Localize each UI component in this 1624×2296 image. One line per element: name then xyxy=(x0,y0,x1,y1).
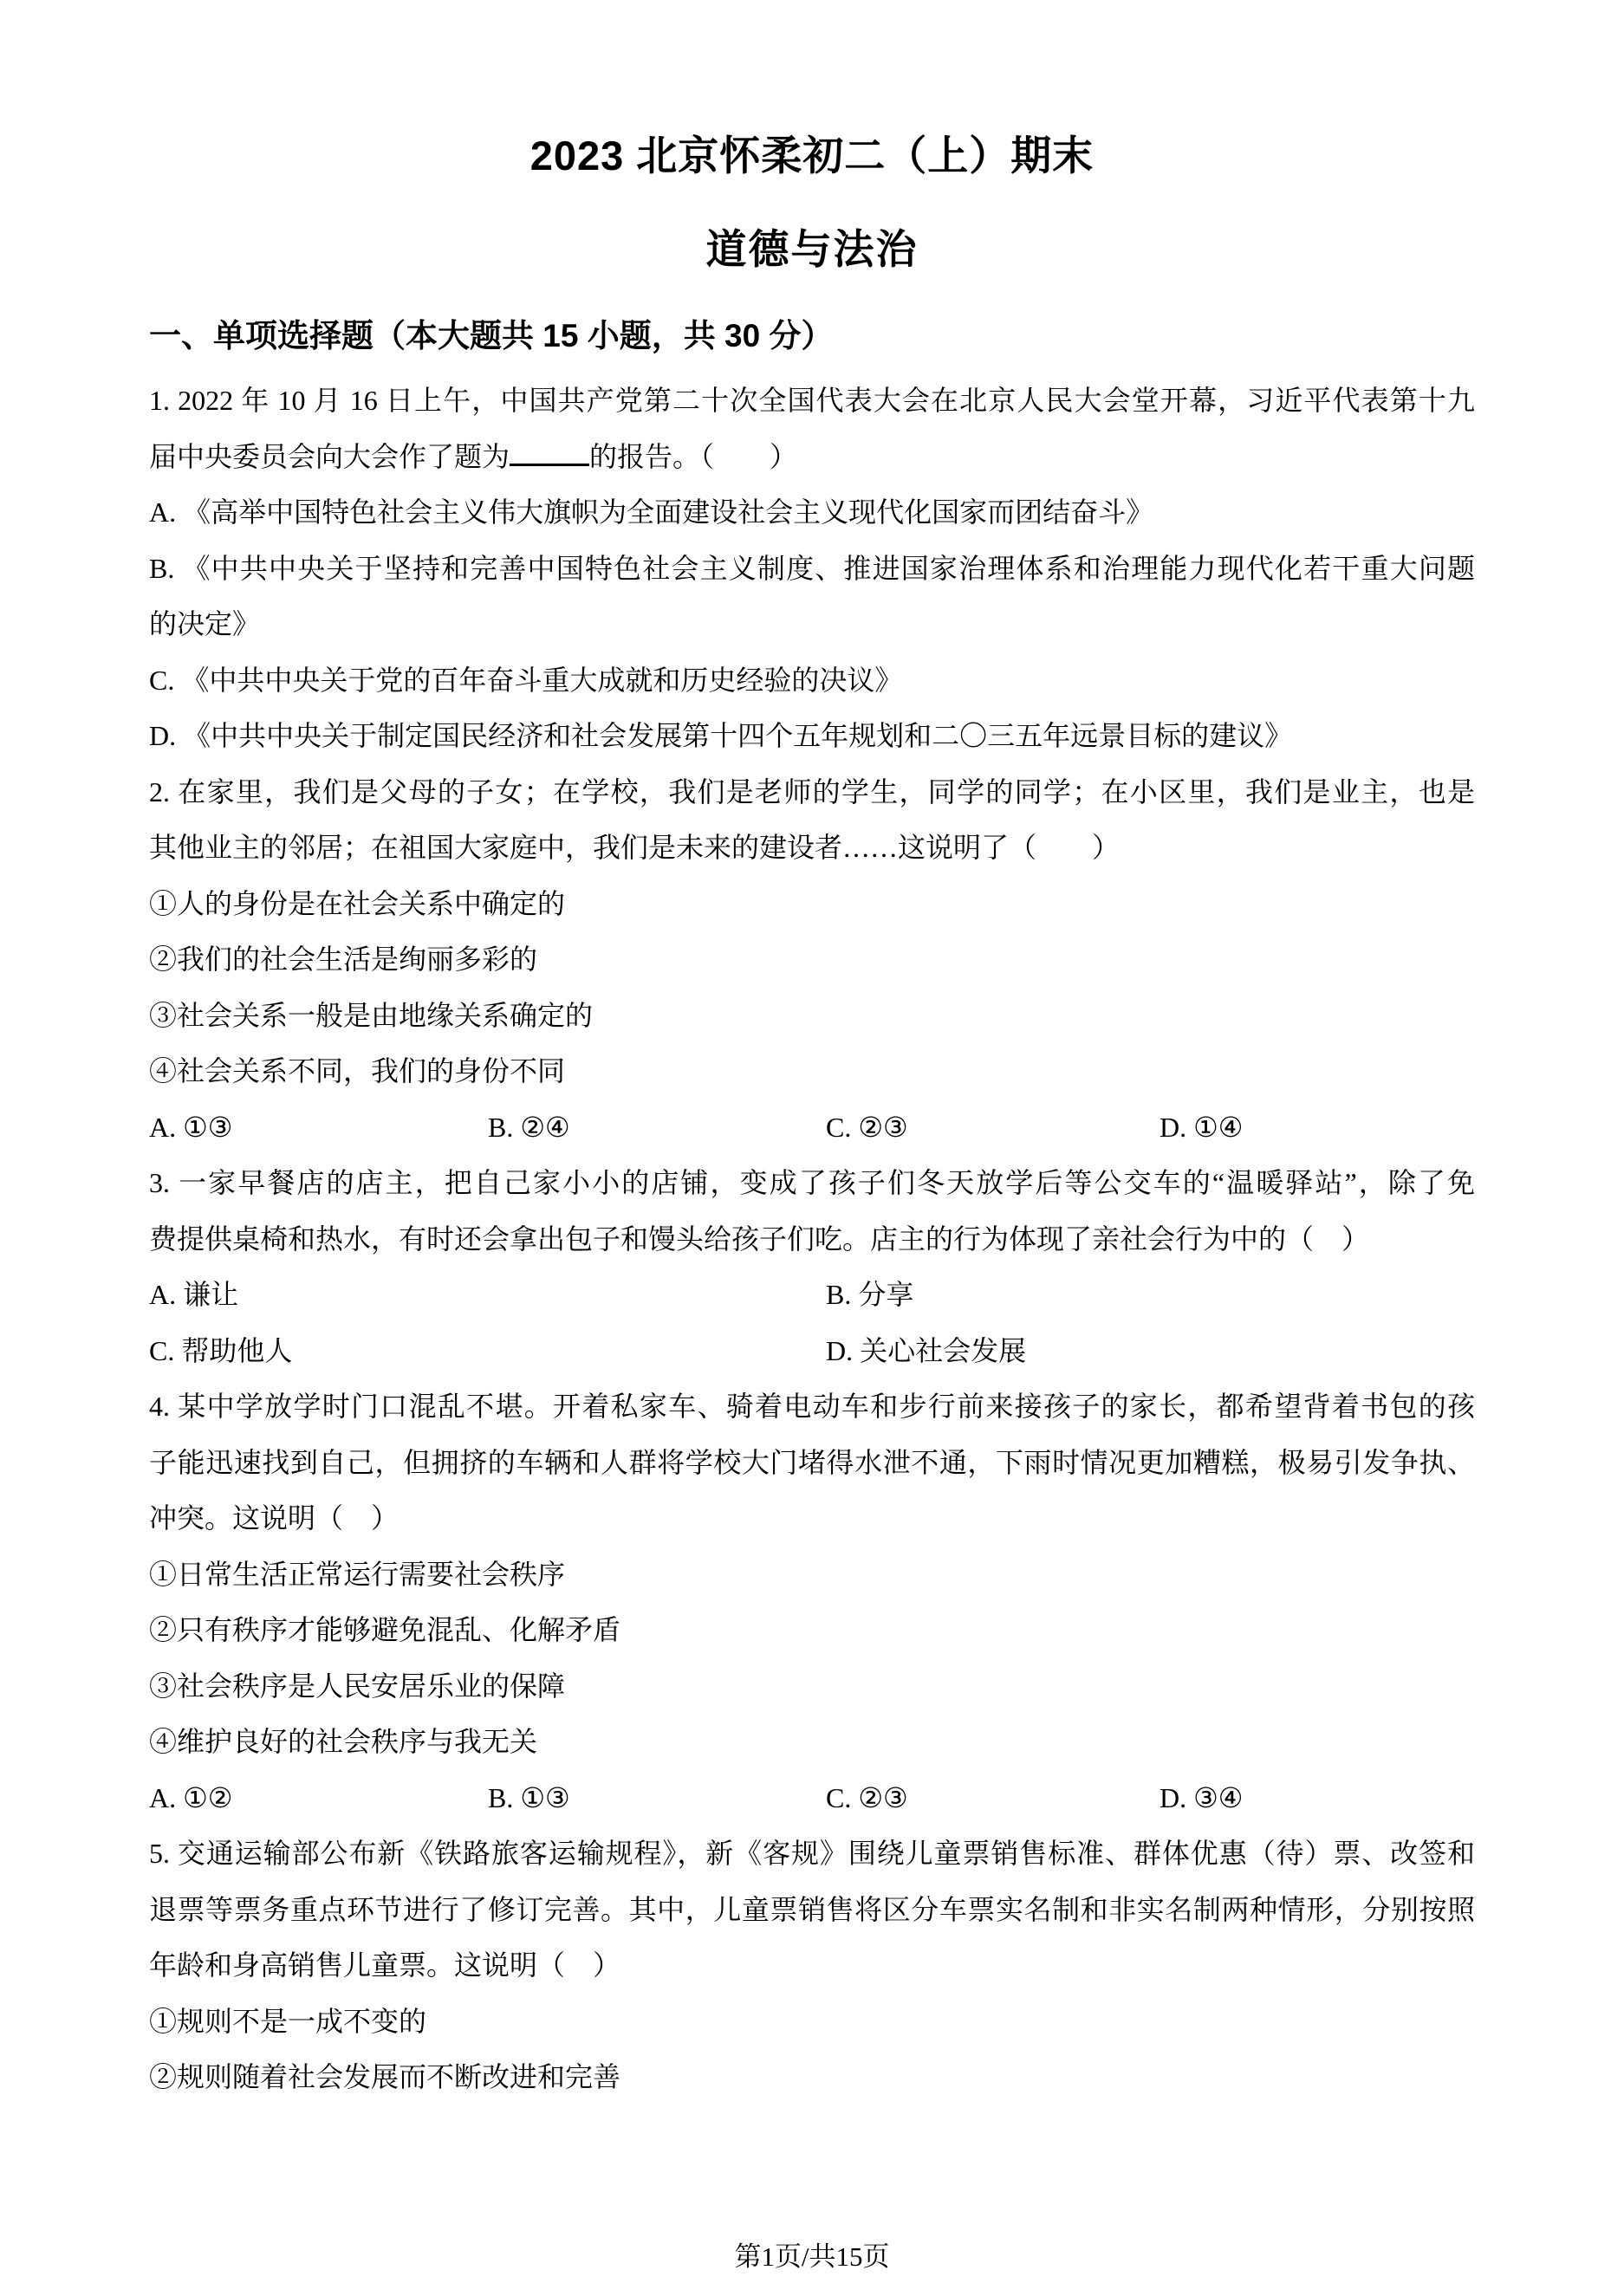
question-2-item-3: ③社会关系一般是由地缘关系确定的 xyxy=(149,988,1475,1044)
question-4: 4. 某中学放学时门口混乱不堪。开着私家车、骑着电动车和步行前来接孩子的家长，都… xyxy=(149,1378,1475,1826)
section-header: 一、单项选择题（本大题共 15 小题，共 30 分） xyxy=(149,310,1475,362)
question-3-option-d: D. 关心社会发展 xyxy=(826,1323,1026,1379)
exam-paper-page: 2023 北京怀柔初二（上）期末 道德与法治 一、单项选择题（本大题共 15 小… xyxy=(0,0,1624,2296)
question-4-option-d: D. ③④ xyxy=(1160,1770,1243,1826)
question-3-option-a: A. 谦让 xyxy=(149,1267,238,1323)
question-4-item-4: ④维护良好的社会秩序与我无关 xyxy=(149,1714,1475,1770)
question-2-line-1: 2. 在家里，我们是父母的子女；在学校，我们是老师的学生，同学的同学；在小区里，… xyxy=(149,764,1475,820)
question-2-options-row: A. ①③ B. ②④ C. ②③ D. ①④ xyxy=(149,1099,1475,1156)
question-1-option-b-line-1: B. 《中共中央关于坚持和完善中国特色社会主义制度、推进国家治理体系和治理能力现… xyxy=(149,541,1475,597)
question-4-item-2: ②只有秩序才能够避免混乱、化解矛盾 xyxy=(149,1602,1475,1658)
content-area: 一、单项选择题（本大题共 15 小题，共 30 分） 1. 2022 年 10 … xyxy=(0,310,1624,2105)
question-3-options-row-ab: A. 谦让 B. 分享 xyxy=(149,1267,1475,1323)
question-2-option-b: B. ②④ xyxy=(488,1099,570,1156)
question-1: 1. 2022 年 10 月 16 日上午，中国共产党第二十次全国代表大会在北京… xyxy=(149,373,1475,764)
fill-in-blank-underline xyxy=(510,464,589,466)
question-1-option-b-line-2: 的决定》 xyxy=(149,596,1475,652)
page-title: 2023 北京怀柔初二（上）期末 xyxy=(0,0,1624,182)
question-2-item-2: ②我们的社会生活是绚丽多彩的 xyxy=(149,931,1475,988)
question-2-option-d: D. ①④ xyxy=(1160,1099,1243,1156)
question-5-item-2: ②规则随着社会发展而不断改进和完善 xyxy=(149,2049,1475,2105)
question-2-item-1: ①人的身份是在社会关系中确定的 xyxy=(149,876,1475,932)
question-4-line-2: 子能迅速找到自己，但拥挤的车辆和人群将学校大门堵得水泄不通，下雨时情况更加糟糕，… xyxy=(149,1435,1475,1491)
question-2-line-2: 其他业主的邻居；在祖国大家庭中，我们是未来的建设者……这说明了（ ） xyxy=(149,820,1475,876)
question-1-line-2-post: 的报告。（ ） xyxy=(589,441,797,472)
question-4-item-1: ①日常生活正常运行需要社会秩序 xyxy=(149,1547,1475,1603)
question-5-line-1: 5. 交通运输部公布新《铁路旅客运输规程》，新《客规》围绕儿童票销售标准、群体优… xyxy=(149,1826,1475,1882)
question-3-line-2: 费提供桌椅和热水，有时还会拿出包子和馒头给孩子们吃。店主的行为体现了亲社会行为中… xyxy=(149,1211,1475,1268)
question-3-option-c: C. 帮助他人 xyxy=(149,1323,292,1379)
questions-body: 1. 2022 年 10 月 16 日上午，中国共产党第二十次全国代表大会在北京… xyxy=(149,373,1475,2105)
subject-title: 道德与法治 xyxy=(0,224,1624,276)
question-2-option-c: C. ②③ xyxy=(826,1099,908,1156)
question-1-option-a: A. 《高举中国特色社会主义伟大旗帜为全面建设社会主义现代化国家而团结奋斗》 xyxy=(149,484,1475,541)
question-4-option-a: A. ①② xyxy=(149,1770,232,1826)
question-5-line-3: 年龄和身高销售儿童票。这说明（ ） xyxy=(149,1937,1475,1994)
question-2-item-4: ④社会关系不同，我们的身份不同 xyxy=(149,1043,1475,1099)
question-4-line-1: 4. 某中学放学时门口混乱不堪。开着私家车、骑着电动车和步行前来接孩子的家长，都… xyxy=(149,1378,1475,1435)
question-4-options-row: A. ①② B. ①③ C. ②③ D. ③④ xyxy=(149,1770,1475,1826)
question-3: 3. 一家早餐店的店主，把自己家小小的店铺，变成了孩子们冬天放学后等公交车的“温… xyxy=(149,1155,1475,1378)
question-4-item-3: ③社会秩序是人民安居乐业的保障 xyxy=(149,1658,1475,1715)
question-1-line-1: 1. 2022 年 10 月 16 日上午，中国共产党第二十次全国代表大会在北京… xyxy=(149,373,1475,429)
question-1-option-d: D. 《中共中央关于制定国民经济和社会发展第十四个五年规划和二〇三五年远景目标的… xyxy=(149,708,1475,764)
question-5: 5. 交通运输部公布新《铁路旅客运输规程》，新《客规》围绕儿童票销售标准、群体优… xyxy=(149,1826,1475,2105)
question-4-line-3: 冲突。这说明（ ） xyxy=(149,1490,1475,1547)
question-4-option-c: C. ②③ xyxy=(826,1770,908,1826)
question-1-line-2-pre: 届中央委员会向大会作了题为 xyxy=(149,441,510,472)
page-footer: 第1页/共15页 xyxy=(0,2240,1624,2274)
question-2-option-a: A. ①③ xyxy=(149,1099,232,1156)
question-3-line-1: 3. 一家早餐店的店主，把自己家小小的店铺，变成了孩子们冬天放学后等公交车的“温… xyxy=(149,1155,1475,1211)
question-1-option-c: C. 《中共中央关于党的百年奋斗重大成就和历史经验的决议》 xyxy=(149,652,1475,709)
question-4-option-b: B. ①③ xyxy=(488,1770,570,1826)
question-3-option-b: B. 分享 xyxy=(826,1267,913,1323)
question-5-line-2: 退票等票务重点环节进行了修订完善。其中，儿童票销售将区分车票实名制和非实名制两种… xyxy=(149,1882,1475,1938)
question-1-line-2: 届中央委员会向大会作了题为的报告。（ ） xyxy=(149,429,1475,485)
question-2: 2. 在家里，我们是父母的子女；在学校，我们是老师的学生，同学的同学；在小区里，… xyxy=(149,764,1475,1156)
question-5-item-1: ①规则不是一成不变的 xyxy=(149,1994,1475,2050)
question-3-options-row-cd: C. 帮助他人 D. 关心社会发展 xyxy=(149,1323,1475,1379)
